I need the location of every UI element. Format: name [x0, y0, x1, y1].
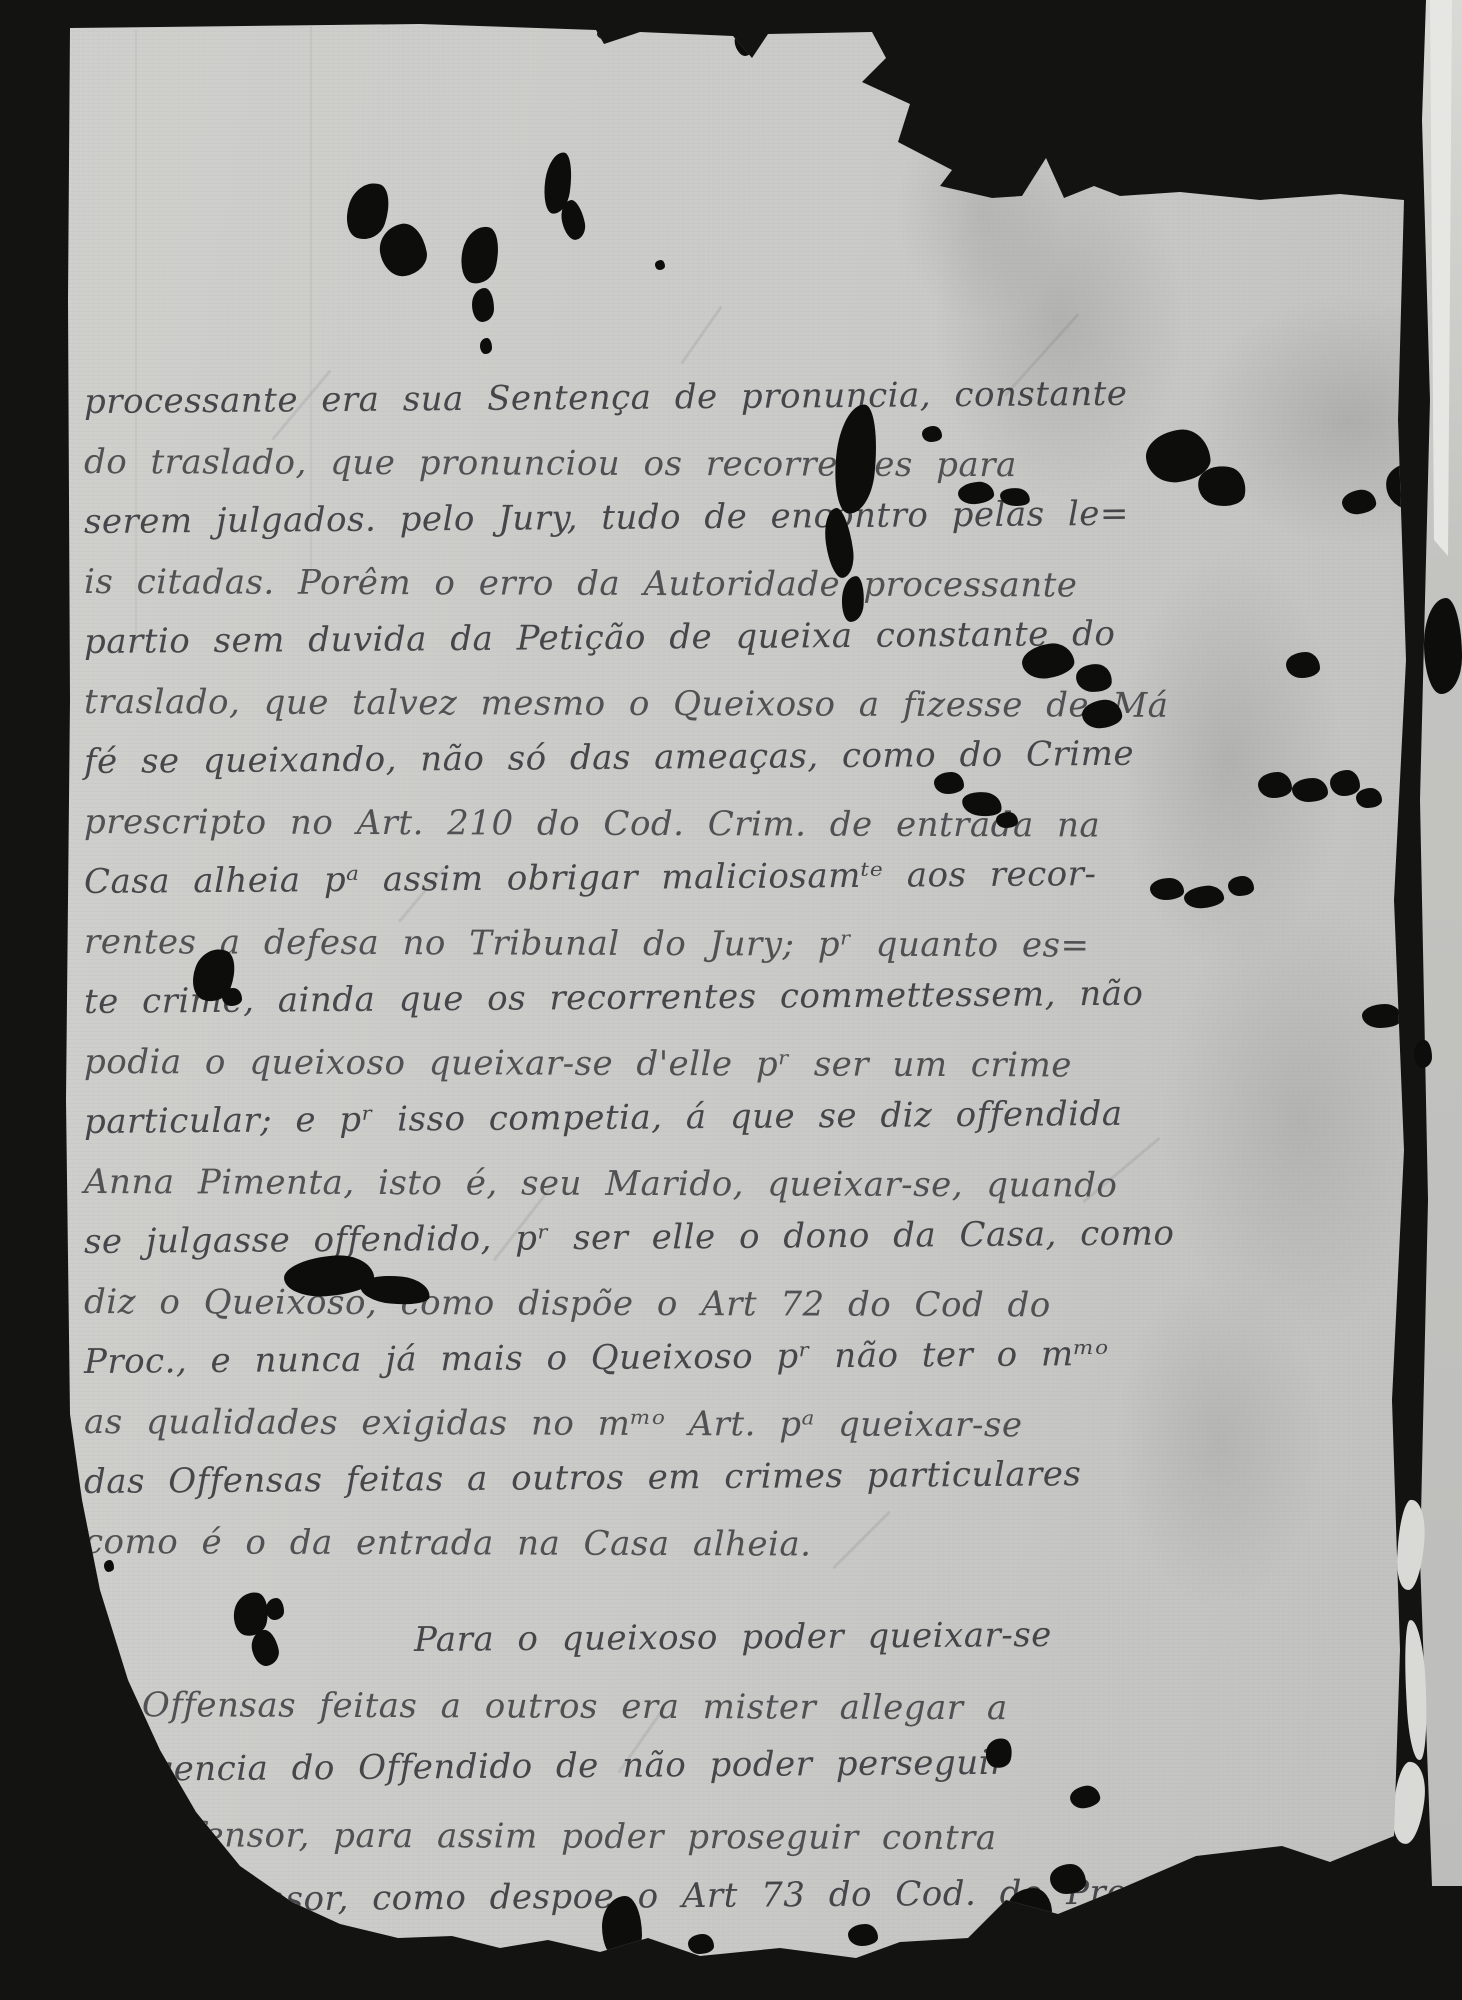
- manuscript-page: processante era sua Sentença de pronunci…: [0, 0, 1462, 2000]
- manuscript-line: indigencia do Offendido de não poder per…: [84, 1729, 1236, 1803]
- ink-blot: [1414, 1040, 1432, 1068]
- manuscript-paragraph: processante era sua Sentença de pronunci…: [84, 372, 1174, 1572]
- ink-blot: [104, 1560, 114, 1572]
- manuscript-line: Casa alheia pᵃ assim obrigar maliciosamᵗ…: [84, 843, 1175, 912]
- manuscript-line: das Offensas feitas a outros em crimes p…: [84, 1443, 1175, 1512]
- manuscript-line: te crime, ainda que os recorrentes comme…: [84, 963, 1175, 1032]
- ink-blot: [597, 28, 619, 40]
- ink-blot: [934, 772, 964, 794]
- manuscript-line: Para o queixoso poder queixar-se: [414, 1602, 1236, 1673]
- ink-blot: [1424, 598, 1462, 694]
- ink-blot: [1150, 878, 1184, 900]
- manuscript-line: fé se queixando, não só das ameaças, com…: [84, 723, 1175, 792]
- ink-blot: [1286, 652, 1320, 678]
- ink-blot: [1330, 770, 1360, 796]
- ink-blot: [480, 338, 492, 354]
- ink-blot: [1356, 788, 1382, 808]
- ink-blot: [472, 288, 494, 322]
- scan-background: processante era sua Sentença de pronunci…: [0, 0, 1462, 2000]
- ink-blot: [1228, 876, 1254, 896]
- ink-blot: [1050, 1864, 1086, 1894]
- ink-blot: [266, 1598, 284, 1620]
- manuscript-line: partio sem duvida da Petição de queixa c…: [84, 603, 1175, 672]
- ink-blot: [1292, 778, 1328, 802]
- ink-blot: [1258, 772, 1292, 798]
- ink-blot: [848, 1924, 878, 1946]
- ink-blot: [922, 426, 942, 442]
- ink-blot: [602, 1896, 642, 1960]
- manuscript-line: como é o da entrada na Casa alheia.: [84, 1512, 1175, 1576]
- ink-blot: [655, 260, 665, 270]
- ink-blot: [688, 1934, 714, 1954]
- ink-blot: [222, 988, 242, 1006]
- ink-blot: [1362, 1004, 1402, 1028]
- manuscript-line: Proc., e nunca já mais o Queixoso pʳ não…: [84, 1323, 1175, 1392]
- manuscript-line: se julgasse offendido, pʳ ser elle o don…: [84, 1203, 1175, 1272]
- ink-blot: [996, 812, 1018, 828]
- manuscript-line: particular; e pʳ isso competia, á que se…: [84, 1083, 1175, 1152]
- manuscript-line: processante era sua Sentença de pronunci…: [84, 363, 1175, 432]
- ink-blot: [1008, 1888, 1052, 1928]
